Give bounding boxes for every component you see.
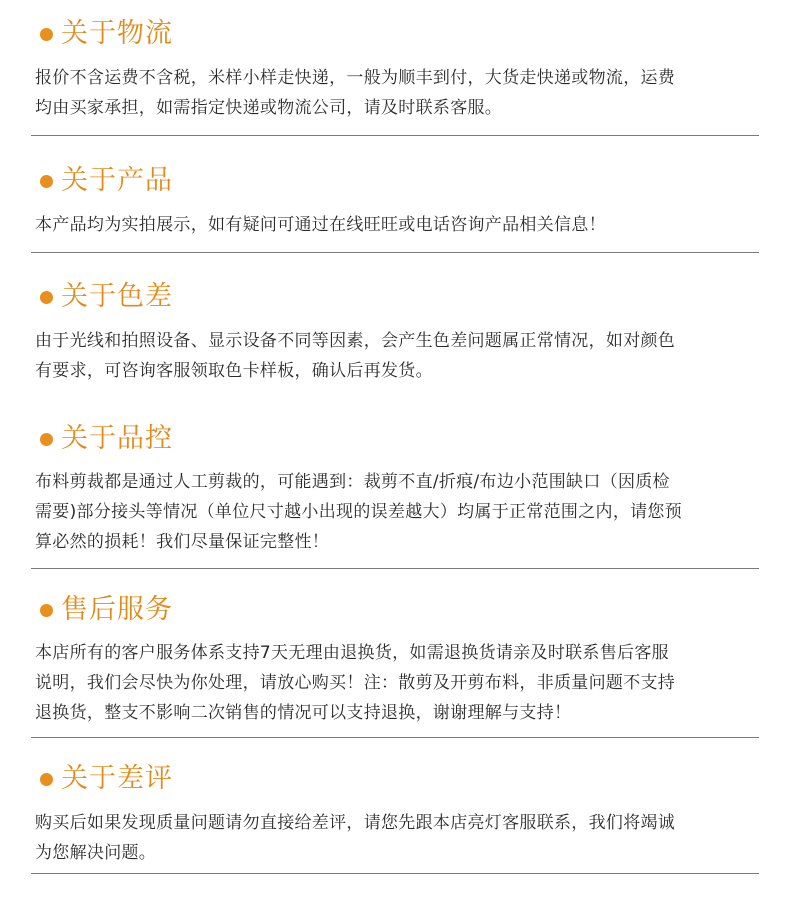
bullet-dot-icon	[40, 433, 53, 446]
section-body: 本产品均为实拍展示，如有疑问可通过在线旺旺或电话咨询产品相关信息！	[35, 210, 757, 240]
body-line: 均由买家承担，如需指定快递或物流公司，请及时联系客服。	[35, 93, 757, 123]
section-title: 关于物流	[61, 18, 173, 50]
bullet-dot-icon	[40, 175, 53, 188]
body-line: 退换货，整支不影响二次销售的情况可以支持退换，谢谢理解与支持！	[35, 698, 757, 728]
section-heading: 关于色差	[40, 281, 173, 313]
bullet-dot-icon	[40, 28, 53, 41]
divider	[31, 135, 759, 136]
divider	[31, 568, 759, 569]
bullet-dot-icon	[40, 773, 53, 786]
body-line: 为您解决问题。	[35, 838, 757, 868]
section-title: 关于品控	[61, 423, 173, 455]
section-heading: 关于品控	[40, 423, 173, 455]
section-body: 由于光线和拍照设备、显示设备不同等因素，会产生色差问题属正常情况，如对颜色 有要…	[35, 326, 757, 386]
section-body: 本店所有的客户服务体系支持7天无理由退换货，如需退换货请亲及时联系售后客服 说明…	[35, 638, 757, 728]
section-title: 关于产品	[61, 165, 173, 197]
divider	[31, 737, 759, 738]
section-heading: 售后服务	[40, 594, 173, 626]
section-title: 关于色差	[61, 281, 173, 313]
section-body: 购买后如果发现质量问题请勿直接给差评，请您先跟本店亮灯客服联系，我们将竭诚 为您…	[35, 808, 757, 868]
divider	[31, 873, 759, 874]
section-body: 布料剪裁都是通过人工剪裁的，可能遇到：裁剪不直/折痕/布边小范围缺口（因质检 需…	[35, 467, 757, 557]
section-title: 售后服务	[61, 594, 173, 626]
body-line: 购买后如果发现质量问题请勿直接给差评，请您先跟本店亮灯客服联系，我们将竭诚	[35, 808, 757, 838]
section-heading: 关于产品	[40, 165, 173, 197]
bullet-dot-icon	[40, 604, 53, 617]
body-line: 本店所有的客户服务体系支持7天无理由退换货，如需退换货请亲及时联系售后客服	[35, 638, 757, 668]
body-line: 算必然的损耗！我们尽量保证完整性！	[35, 527, 757, 557]
body-line: 由于光线和拍照设备、显示设备不同等因素，会产生色差问题属正常情况，如对颜色	[35, 326, 757, 356]
divider	[31, 252, 759, 253]
body-line: 说明，我们会尽快为你处理，请放心购买！注：散剪及开剪布料，非质量问题不支持	[35, 668, 757, 698]
body-line: 需要)部分接头等情况（单位尺寸越小出现的误差越大）均属于正常范围之内，请您预	[35, 497, 757, 527]
section-body: 报价不含运费不含税，米样小样走快递，一般为顺丰到付，大货走快递或物流，运费 均由…	[35, 63, 757, 123]
body-line: 布料剪裁都是通过人工剪裁的，可能遇到：裁剪不直/折痕/布边小范围缺口（因质检	[35, 467, 757, 497]
section-heading: 关于差评	[40, 763, 173, 795]
bullet-dot-icon	[40, 291, 53, 304]
body-line: 报价不含运费不含税，米样小样走快递，一般为顺丰到付，大货走快递或物流，运费	[35, 63, 757, 93]
section-heading: 关于物流	[40, 18, 173, 50]
body-line: 有要求，可咨询客服领取色卡样板，确认后再发货。	[35, 356, 757, 386]
body-line: 本产品均为实拍展示，如有疑问可通过在线旺旺或电话咨询产品相关信息！	[35, 210, 757, 240]
section-title: 关于差评	[61, 763, 173, 795]
